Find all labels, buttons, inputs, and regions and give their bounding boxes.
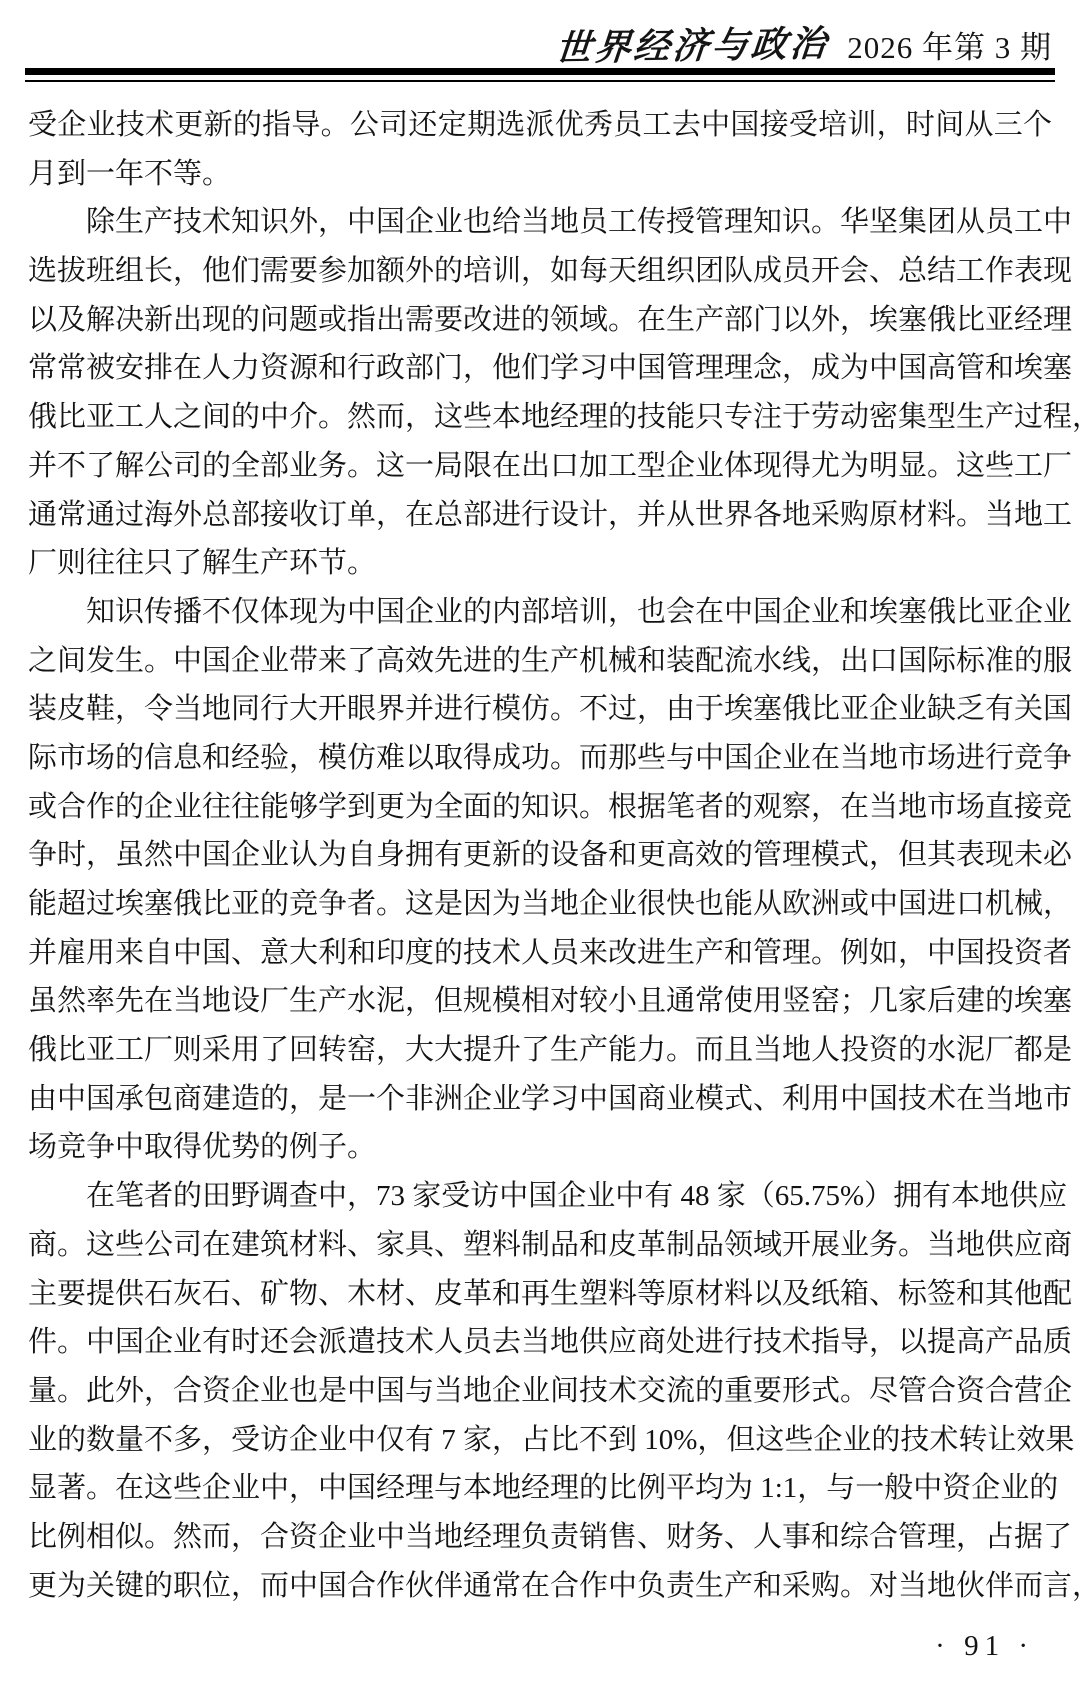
text-line: 更为关键的职位，而中国合作伙伴通常在合作中负责生产和采购。对当地伙伴而言， bbox=[28, 1562, 1052, 1611]
text-line: 虽然率先在当地设厂生产水泥，但规模相对较小且通常使用竖窑；几家后建的埃塞 bbox=[28, 977, 1052, 1026]
text-line: 争时，虽然中国企业认为自身拥有更新的设备和更高效的管理模式，但其表现未必 bbox=[28, 831, 1052, 880]
text-line: 俄比亚工人之间的中介。然而，这些本地经理的技能只专注于劳动密集型生产过程， bbox=[28, 393, 1052, 442]
text-line: 主要提供石灰石、矿物、木材、皮革和再生塑料等原材料以及纸箱、标签和其他配 bbox=[28, 1270, 1052, 1319]
text-line: 除生产技术知识外，中国企业也给当地员工传授管理知识。华坚集团从员工中 bbox=[28, 198, 1052, 247]
text-line: 或合作的企业往往能够学到更为全面的知识。根据笔者的观察，在当地市场直接竞 bbox=[28, 783, 1052, 832]
text-line: 场竞争中取得优势的例子。 bbox=[28, 1123, 1052, 1172]
text-line: 厂则往往只了解生产环节。 bbox=[28, 539, 1052, 588]
issue-label: 2026 年第 3 期 bbox=[847, 22, 1052, 67]
text-line: 并不了解公司的全部业务。这一局限在出口加工型企业体现得尤为明显。这些工厂 bbox=[28, 442, 1052, 491]
page-number: · 91 · bbox=[935, 1630, 1034, 1663]
text-line: 由中国承包商建造的，是一个非洲企业学习中国商业模式、利用中国技术在当地市 bbox=[28, 1075, 1052, 1124]
journal-logo: 世界经济与政治 bbox=[554, 16, 832, 72]
text-line: 常常被安排在人力资源和行政部门，他们学习中国管理理念，成为中国高管和埃塞 bbox=[28, 344, 1052, 393]
text-body: 受企业技术更新的指导。公司还定期选派优秀员工去中国接受培训，时间从三个月到一年不… bbox=[28, 101, 1052, 1610]
text-line: 之间发生。中国企业带来了高效先进的生产机械和装配流水线，出口国际标准的服 bbox=[28, 637, 1052, 686]
text-line: 在笔者的田野调查中，73 家受访中国企业中有 48 家（65.75%）拥有本地供… bbox=[28, 1172, 1052, 1221]
journal-page: 世界经济与政治 2026 年第 3 期 受企业技术更新的指导。公司还定期选派优秀… bbox=[0, 0, 1080, 1689]
text-line: 际市场的信息和经验，模仿难以取得成功。而那些与中国企业在当地市场进行竞争 bbox=[28, 734, 1052, 783]
text-line: 俄比亚工厂则采用了回转窑，大大提升了生产能力。而且当地人投资的水泥厂都是 bbox=[28, 1026, 1052, 1075]
text-line: 商。这些公司在建筑材料、家具、塑料制品和皮革制品领域开展业务。当地供应商 bbox=[28, 1221, 1052, 1270]
text-line: 量。此外，合资企业也是中国与当地企业间技术交流的重要形式。尽管合资合营企 bbox=[28, 1367, 1052, 1416]
text-line: 选拔班组长，他们需要参加额外的培训，如每天组织团队成员开会、总结工作表现 bbox=[28, 247, 1052, 296]
text-line: 通常通过海外总部接收订单，在总部进行设计，并从世界各地采购原材料。当地工 bbox=[28, 491, 1052, 540]
header-rule-thin bbox=[25, 80, 1055, 82]
text-line: 受企业技术更新的指导。公司还定期选派优秀员工去中国接受培训，时间从三个 bbox=[28, 101, 1052, 150]
text-line: 并雇用来自中国、意大利和印度的技术人员来改进生产和管理。例如，中国投资者 bbox=[28, 929, 1052, 978]
text-line: 显著。在这些企业中，中国经理与本地经理的比例平均为 1:1，与一般中资企业的 bbox=[28, 1464, 1052, 1513]
text-line: 月到一年不等。 bbox=[28, 150, 1052, 199]
page-header: 世界经济与政治 2026 年第 3 期 bbox=[556, 18, 1052, 69]
text-line: 知识传播不仅体现为中国企业的内部培训，也会在中国企业和埃塞俄比亚企业 bbox=[28, 588, 1052, 637]
text-line: 比例相似。然而，合资企业中当地经理负责销售、财务、人事和综合管理，占据了 bbox=[28, 1513, 1052, 1562]
text-line: 能超过埃塞俄比亚的竞争者。这是因为当地企业很快也能从欧洲或中国进口机械， bbox=[28, 880, 1052, 929]
text-line: 装皮鞋，令当地同行大开眼界并进行模仿。不过，由于埃塞俄比亚企业缺乏有关国 bbox=[28, 685, 1052, 734]
text-line: 以及解决新出现的问题或指出需要改进的领域。在生产部门以外，埃塞俄比亚经理 bbox=[28, 296, 1052, 345]
text-line: 件。中国企业有时还会派遣技术人员去当地供应商处进行技术指导，以提高产品质 bbox=[28, 1318, 1052, 1367]
text-line: 业的数量不多，受访企业中仅有 7 家，占比不到 10%，但这些企业的技术转让效果 bbox=[28, 1416, 1052, 1465]
header-rule-thick bbox=[25, 68, 1055, 75]
